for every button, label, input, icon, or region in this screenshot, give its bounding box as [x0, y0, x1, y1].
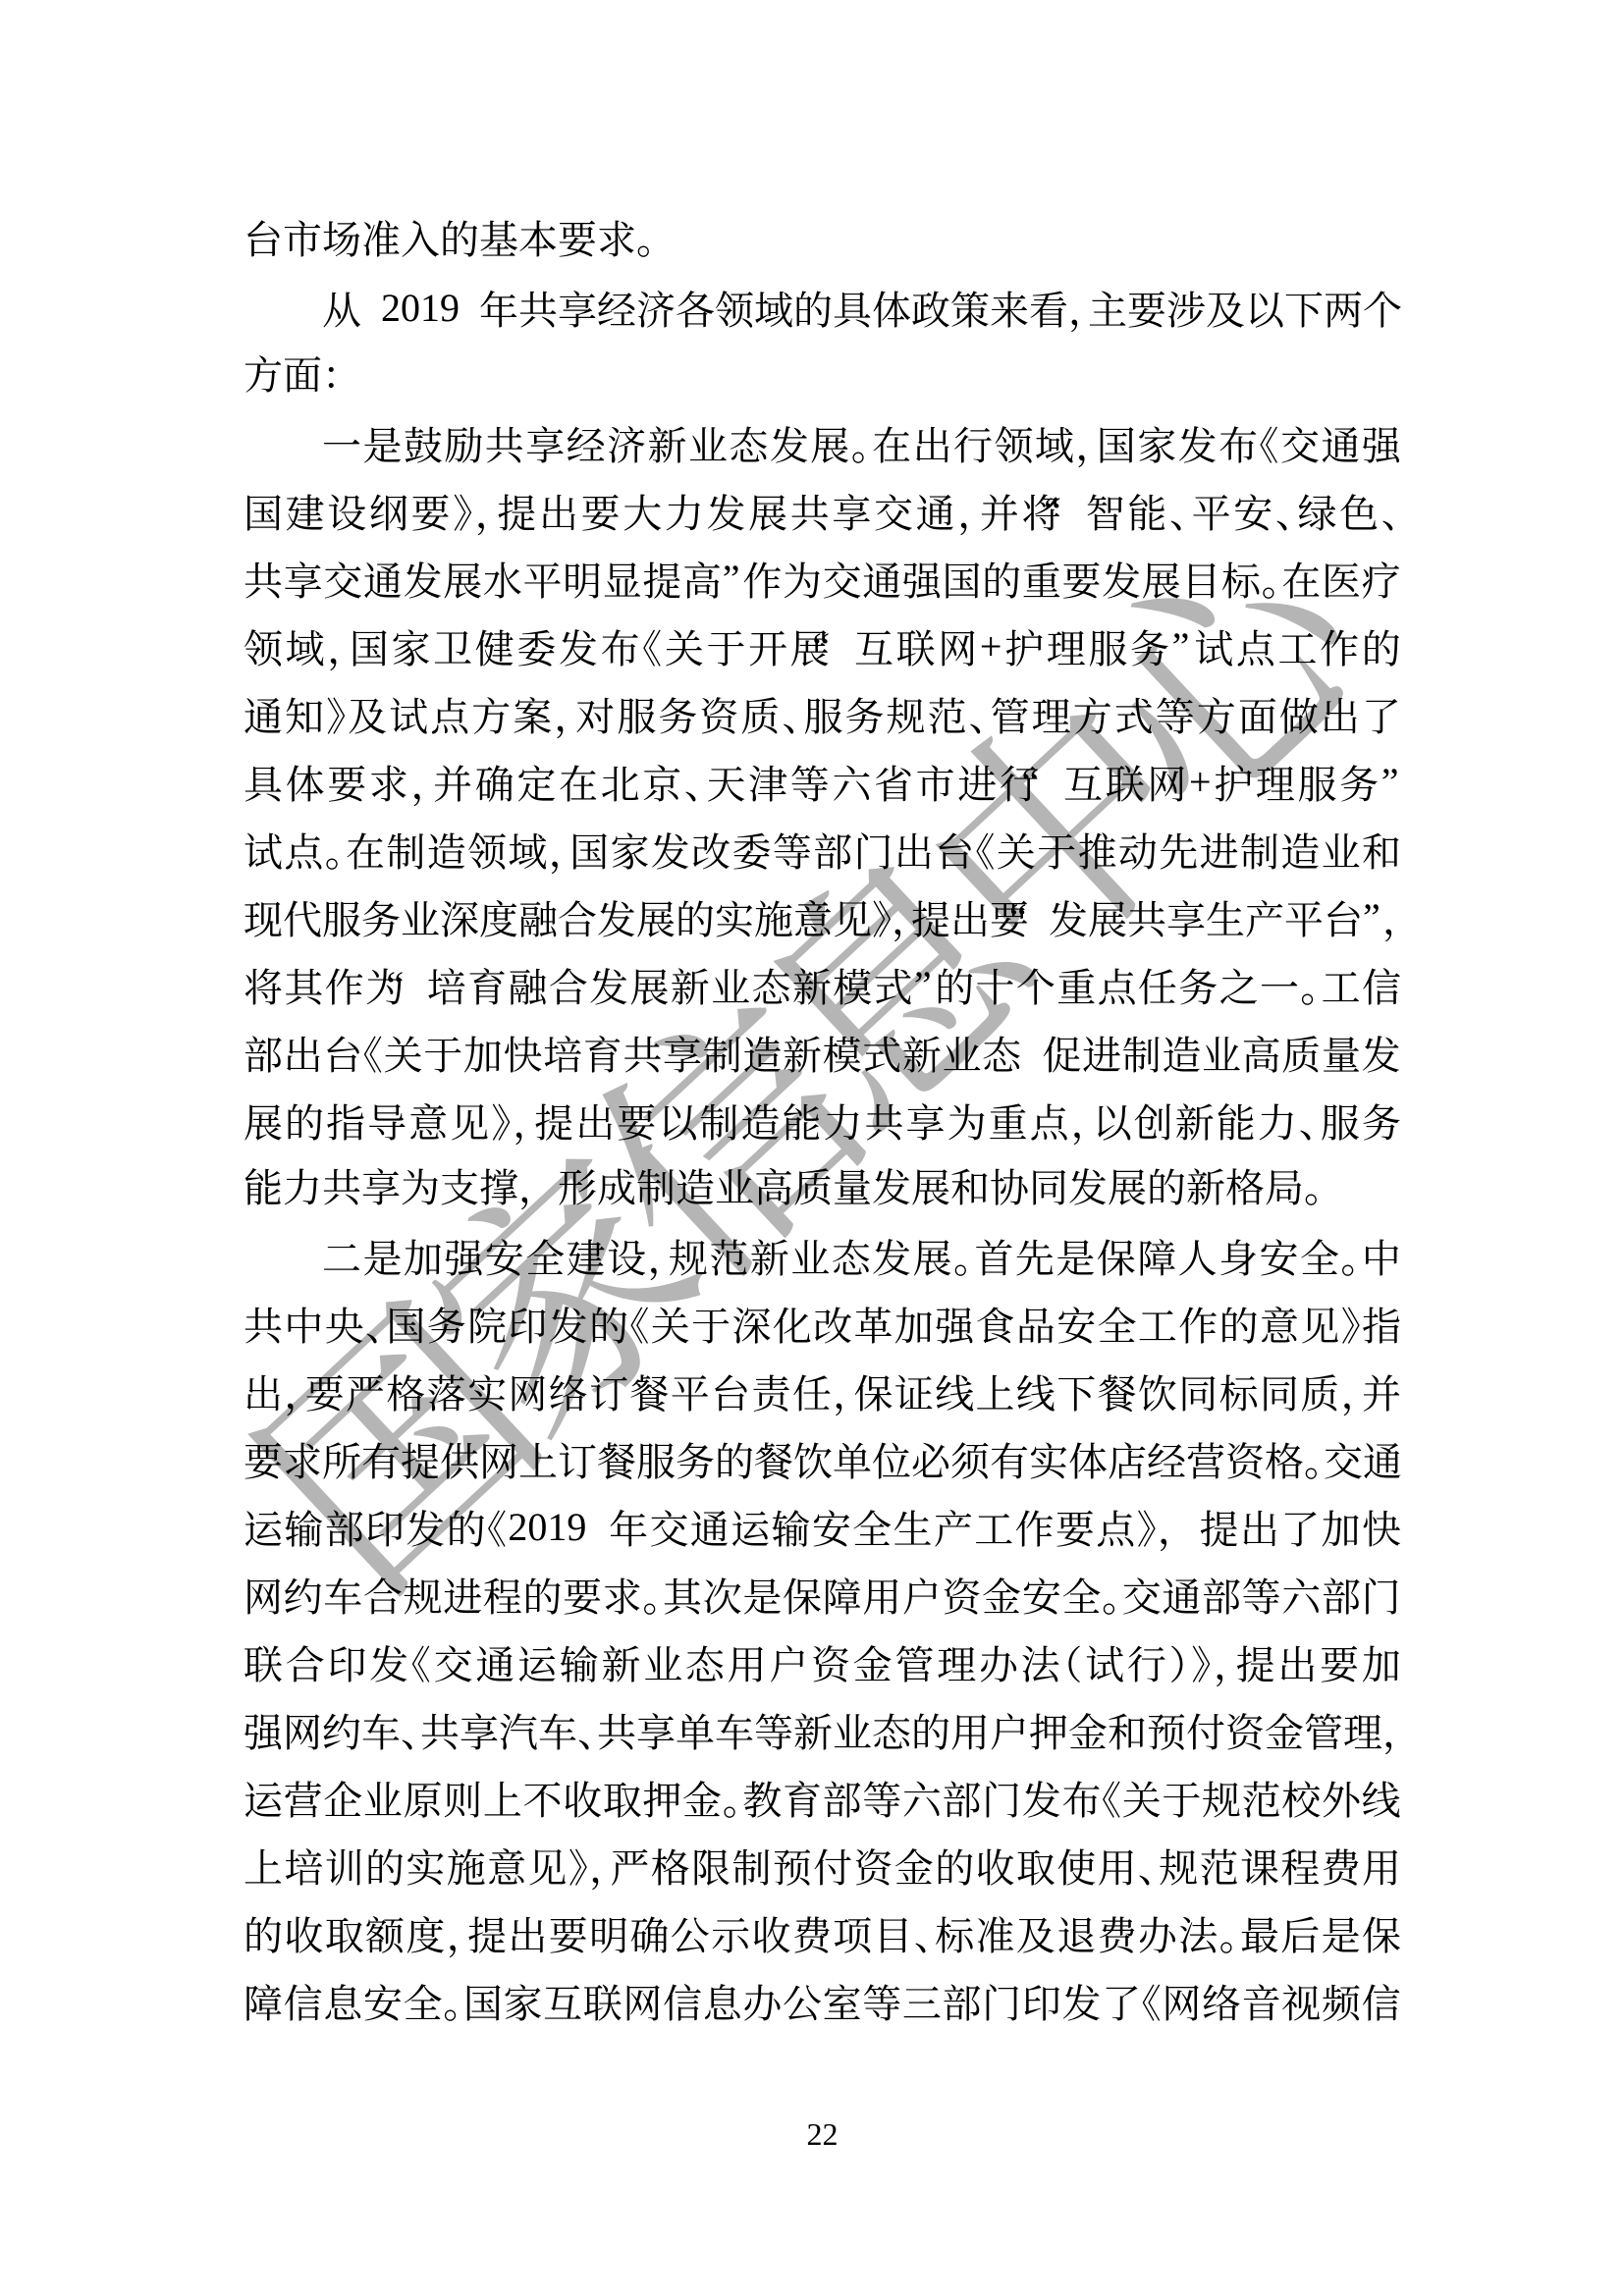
text-line: 具体要求，并确定在北京、天津等六省市进行“互联网+护理服务”	[244, 748, 1401, 816]
text-line: 运营企业原则上不收取押金。教育部等六部门发布《关于规范校外线	[244, 1764, 1401, 1832]
text-line: 通知》及试点方案，对服务资质、服务规范、管理方式等方面做出了	[244, 680, 1401, 748]
text-line: 运输部印发的《2019年交通运输安全生产工作要点》，提出了加快	[244, 1493, 1401, 1561]
text-line: 障信息安全。国家互联网信息办公室等三部门印发了《网络音视频信	[244, 1967, 1401, 2035]
text-line: 要求所有提供网上订餐服务的餐饮单位必须有实体店经营资格。交通	[244, 1425, 1401, 1493]
text-line: 能力共享为支撑，形成制造业高质量发展和协同发展的新格局。	[244, 1154, 1401, 1222]
text-line: 网约车合规进程的要求。其次是保障用户资金安全。交通部等六部门	[244, 1561, 1401, 1629]
text-lines: 台市场准入的基本要求。从2019年共享经济各领域的具体政策来看，主要涉及以下两个…	[244, 206, 1401, 2035]
page-number: 22	[244, 2116, 1401, 2153]
text-line: 国建设纲要》，提出要大力发展共享交通，并将“智能、平安、绿色、	[244, 477, 1401, 545]
text-line: 的收取额度，提出要明确公示收费项目、标准及退费办法。最后是保	[244, 1899, 1401, 1967]
text-line: 现代服务业深度融合发展的实施意见》，提出要“发展共享生产平台”，	[244, 883, 1401, 951]
text-line: 部出台《关于加快培育共享制造新模式新业态促进制造业高质量发	[244, 1019, 1401, 1087]
text-line: 联合印发《交通运输新业态用户资金管理办法（试行）》，提出要加	[244, 1629, 1401, 1696]
text-line: 二是加强安全建设，规范新业态发展。首先是保障人身安全。中	[244, 1222, 1401, 1290]
text-line: 方面：	[244, 342, 1401, 409]
text-line: 领域，国家卫健委发布《关于开展“互联网+护理服务”试点工作的	[244, 613, 1401, 680]
document-page: 国家信息中心 台市场准入的基本要求。从2019年共享经济各领域的具体政策来看，主…	[0, 0, 1624, 2296]
text-line: 强网约车、共享汽车、共享单车等新业态的用户押金和预付资金管理，	[244, 1696, 1401, 1764]
text-line: 台市场准入的基本要求。	[244, 206, 1401, 274]
text-line: 共中央、国务院印发的《关于深化改革加强食品安全工作的意见》指	[244, 1290, 1401, 1358]
text-line: 一是鼓励共享经济新业态发展。在出行领域，国家发布《交通强	[244, 409, 1401, 477]
body-text: 台市场准入的基本要求。从2019年共享经济各领域的具体政策来看，主要涉及以下两个…	[244, 206, 1401, 2035]
text-line: 将其作为“培育融合发展新业态新模式”的十个重点任务之一。工信	[244, 951, 1401, 1019]
text-line: 出，要严格落实网络订餐平台责任，保证线上线下餐饮同标同质，并	[244, 1358, 1401, 1425]
text-line: 共享交通发展水平明显提高”作为交通强国的重要发展目标。在医疗	[244, 545, 1401, 613]
text-line: 从2019年共享经济各领域的具体政策来看，主要涉及以下两个	[244, 274, 1401, 342]
text-line: 展的指导意见》，提出要以制造能力共享为重点，以创新能力、服务	[244, 1087, 1401, 1154]
text-line: 上培训的实施意见》，严格限制预付资金的收取使用、规范课程费用	[244, 1832, 1401, 1899]
text-line: 试点。在制造领域，国家发改委等部门出台《关于推动先进制造业和	[244, 816, 1401, 883]
